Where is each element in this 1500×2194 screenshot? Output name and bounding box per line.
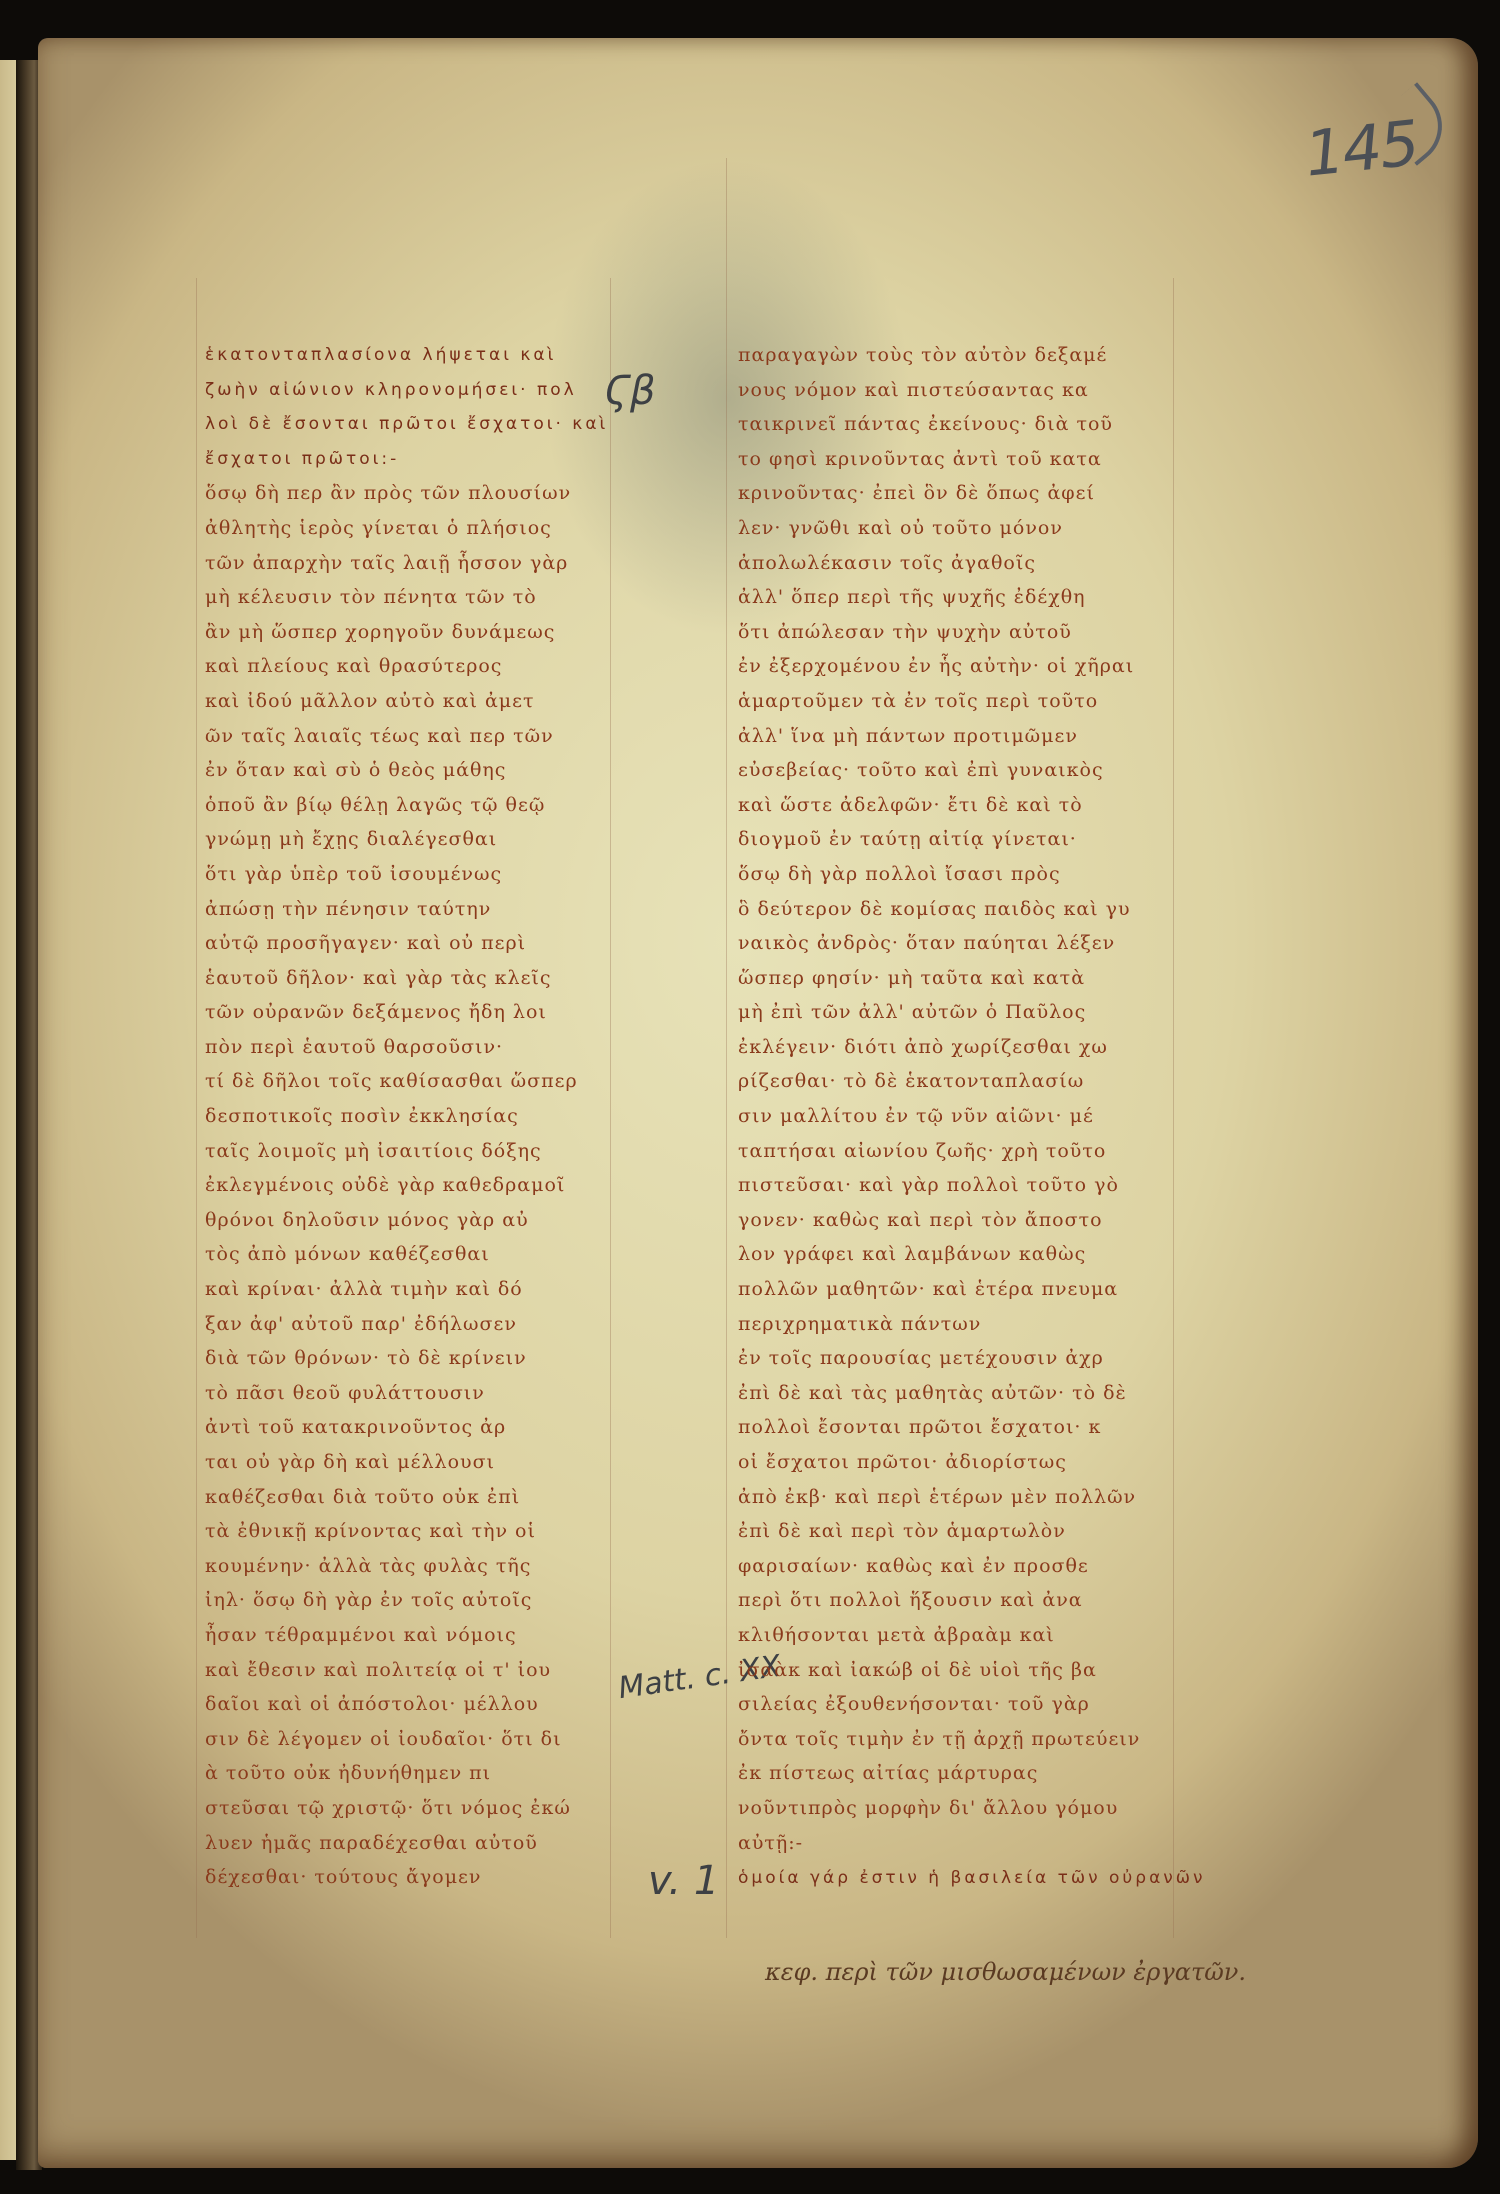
text-line: ἐν ἐξερχομένου ἐν ἧς αὐτὴν· οἱ χῆραι bbox=[738, 649, 1168, 684]
text-line: καὶ ὥστε ἀδελφῶν· ἔτι δὲ καὶ τὸ bbox=[738, 788, 1168, 823]
text-line: σιλείας ἐξουθενήσονται· τοῦ γὰρ bbox=[738, 1687, 1168, 1722]
text-line: ταικρινεῖ πάντας ἐκείνους· διὰ τοῦ bbox=[738, 407, 1168, 442]
text-line: θρόνοι δηλοῦσιν μόνος γὰρ αὐ bbox=[205, 1203, 605, 1238]
text-line: ἀντὶ τοῦ κατακρινοῦντος ἀρ bbox=[205, 1410, 605, 1445]
text-line: ἐκλέγειν· διότι ἀπὸ χωρίζεσθαι χω bbox=[738, 1030, 1168, 1065]
text-line: δαῖοι καὶ οἱ ἀπόστολοι· μέλλου bbox=[205, 1687, 605, 1722]
text-line: μὴ κέλευσιν τὸν πένητα τῶν τὸ bbox=[205, 580, 605, 615]
text-line: ἐπὶ δὲ καὶ τὰς μαθητὰς αὐτῶν· τὸ δὲ bbox=[738, 1376, 1168, 1411]
text-line: ὅσῳ δὴ περ ἂν πρὸς τῶν πλουσίων bbox=[205, 476, 605, 511]
text-line: λον γράφει καὶ λαμβάνων καθὼς bbox=[738, 1237, 1168, 1272]
text-line: ὅτι γὰρ ὑπὲρ τοῦ ἰσουμένως bbox=[205, 857, 605, 892]
text-line: διὰ τῶν θρόνων· τὸ δὲ κρίνειν bbox=[205, 1341, 605, 1376]
ruling-line bbox=[196, 278, 197, 1938]
text-line: γονεν· καθὼς καὶ περὶ τὸν ἄποστο bbox=[738, 1203, 1168, 1238]
text-line: ἐν τοῖς παρουσίας μετέχουσιν ἀχρ bbox=[738, 1341, 1168, 1376]
text-line: ἰσαὰκ καὶ ἰακώβ οἱ δὲ υἱοὶ τῆς βα bbox=[738, 1653, 1168, 1688]
text-line: κουμένην· ἀλλὰ τὰς φυλὰς τῆς bbox=[205, 1549, 605, 1584]
text-line: ναικὸς ἀνδρὸς· ὅταν παύηται λέξεν bbox=[738, 926, 1168, 961]
text-line: δέχεσθαι· τούτους ἄγομεν bbox=[205, 1860, 605, 1895]
text-line: αὐτῷ προσῆγαγεν· καὶ οὐ περὶ bbox=[205, 926, 605, 961]
text-line: ἐν ὅταν καὶ σὺ ὁ θεὸς μάθης bbox=[205, 753, 605, 788]
text-line: περὶ ὅτι πολλοὶ ἥξουσιν καὶ ἀνα bbox=[738, 1583, 1168, 1618]
text-line: ὄντα τοῖς τιμὴν ἐν τῇ ἀρχῇ πρωτεύειν bbox=[738, 1722, 1168, 1757]
text-line: ἀπώσῃ τὴν πένησιν ταύτην bbox=[205, 892, 605, 927]
text-line: δεσποτικοῖς ποσὶν ἐκκλησίας bbox=[205, 1099, 605, 1134]
lemma-line: λοὶ δὲ ἔσονται πρῶτοι ἔσχατοι· καὶ bbox=[205, 407, 605, 442]
text-line: ὅσῳ δὴ γὰρ πολλοὶ ἴσασι πρὸς bbox=[738, 857, 1168, 892]
text-line: τῶν οὐρανῶν δεξάμενος ἤδη λοι bbox=[205, 995, 605, 1030]
text-line: ἐκλεγμένοις οὐδὲ γὰρ καθεδραμοῖ bbox=[205, 1168, 605, 1203]
text-line: στεῦσαι τῷ χριστῷ· ὅτι νόμος ἐκώ bbox=[205, 1791, 605, 1826]
colophon: κεφ. περὶ τῶν μισθωσαμένων ἐργατῶν. bbox=[765, 1958, 1246, 1986]
text-line: πολλῶν μαθητῶν· καὶ ἑτέρα πνευμα bbox=[738, 1272, 1168, 1307]
lemma-line: ἔσχατοι πρῶτοι:- bbox=[205, 442, 605, 477]
text-line: τὸ πᾶσι θεοῦ φυλάττουσιν bbox=[205, 1376, 605, 1411]
text-line: ὁποῦ ἂν βίῳ θέλῃ λαγῶς τῷ θεῷ bbox=[205, 788, 605, 823]
text-line: γνώμῃ μὴ ἔχῃς διαλέγεσθαι bbox=[205, 822, 605, 857]
text-line: εὐσεβείας· τοῦτο καὶ ἐπὶ γυναικὸς bbox=[738, 753, 1168, 788]
lemma-line: ἑκατονταπλασίονα λήψεται καὶ bbox=[205, 338, 605, 373]
text-line: πὸν περὶ ἑαυτοῦ θαρσοῦσιν· bbox=[205, 1030, 605, 1065]
text-line: οἱ ἔσχατοι πρῶτοι· ἀδιορίστως bbox=[738, 1445, 1168, 1480]
text-line: πιστεῦσαι· καὶ γὰρ πολλοὶ τοῦτο γὸ bbox=[738, 1168, 1168, 1203]
text-line: λεν· γνῶθι καὶ οὐ τοῦτο μόνον bbox=[738, 511, 1168, 546]
text-line: ῶν ταῖς λαιαῖς τέως καὶ περ τῶν bbox=[205, 719, 605, 754]
text-line: ρίζεσθαι· τὸ δὲ ἑκατονταπλασίω bbox=[738, 1064, 1168, 1099]
right-column: παραγαγὼν τοὺς τὸν αὐτὸν δεξαμένους νόμο… bbox=[738, 338, 1168, 1860]
text-line: καὶ ἔθεσιν καὶ πολιτείᾳ οἱ τ' ἰου bbox=[205, 1653, 605, 1688]
text-line: ἀπὸ ἐκβ· καὶ περὶ ἑτέρων μὲν πολλῶν bbox=[738, 1480, 1168, 1515]
text-line: καὶ ἰδού μᾶλλον αὐτὸ καὶ ἀμετ bbox=[205, 684, 605, 719]
text-line: διογμοῦ ἐν ταύτῃ αἰτίᾳ γίνεται· bbox=[738, 822, 1168, 857]
text-line: κρινοῦντας· ἐπεὶ ὃν δὲ ὅπως ἀφεί bbox=[738, 476, 1168, 511]
text-line: πολλοὶ ἔσονται πρῶτοι ἔσχατοι· κ bbox=[738, 1410, 1168, 1445]
text-line: τὸς ἀπὸ μόνων καθέζεσθαι bbox=[205, 1237, 605, 1272]
text-line: ὥσπερ φησίν· μὴ ταῦτα καὶ κατὰ bbox=[738, 961, 1168, 996]
text-line: το φησὶ κρινοῦντας ἀντὶ τοῦ κατα bbox=[738, 442, 1168, 477]
text-line: τῶν ἀπαρχὴν ταῖς λαιῇ ἧσσον γὰρ bbox=[205, 546, 605, 581]
text-line: σιν μαλλίτου ἐν τῷ νῦν αἰῶνι· μέ bbox=[738, 1099, 1168, 1134]
text-line: κλιθήσονται μετὰ ἀβραὰμ καὶ bbox=[738, 1618, 1168, 1653]
text-line: καθέζεσθαι διὰ τοῦτο οὐκ ἐπὶ bbox=[205, 1480, 605, 1515]
text-line: παραγαγὼν τοὺς τὸν αὐτὸν δεξαμέ bbox=[738, 338, 1168, 373]
text-line: ἰηλ· ὅσῳ δὴ γὰρ ἐν τοῖς αὐτοῖς bbox=[205, 1583, 605, 1618]
text-line: σιν δὲ λέγομεν οἱ ἰουδαῖοι· ὅτι δι bbox=[205, 1722, 605, 1757]
text-line: ταπτήσαι αἰωνίου ζωῆς· χρὴ τοῦτο bbox=[738, 1134, 1168, 1169]
text-line: τί δὲ δῆλοι τοῖς καθίσασθαι ὥσπερ bbox=[205, 1064, 605, 1099]
text-line: ὃ δεύτερον δὲ κομίσας παιδὸς καὶ γυ bbox=[738, 892, 1168, 927]
text-line: νους νόμον καὶ πιστεύσαντας κα bbox=[738, 373, 1168, 408]
text-line: ἀθλητὴς ἱερὸς γίνεται ὁ πλήσιος bbox=[205, 511, 605, 546]
text-line: ται οὐ γὰρ δὴ καὶ μέλλουσι bbox=[205, 1445, 605, 1480]
text-line: καὶ κρίναι· ἀλλὰ τιμὴν καὶ δό bbox=[205, 1272, 605, 1307]
text-line: ἐκ πίστεως αἰτίας μάρτυρας bbox=[738, 1756, 1168, 1791]
text-line: λυεν ἡμᾶς παραδέχεσθαι αὐτοῦ bbox=[205, 1826, 605, 1861]
ruling-line bbox=[610, 278, 611, 1938]
text-line: νοῦντιπρὸς μορφὴν δι' ἄλλου γόμου bbox=[738, 1791, 1168, 1826]
text-line: ξαν ἀφ' αὐτοῦ παρ' ἐδήλωσεν bbox=[205, 1307, 605, 1342]
section-number-marginal: Ϛβ bbox=[604, 368, 655, 414]
lemma-line: ζωὴν αἰώνιον κληρονομήσει· πολ bbox=[205, 373, 605, 408]
text-line: ἀλλ' ἵνα μὴ πάντων προτιμῶμεν bbox=[738, 719, 1168, 754]
text-line: ὅτι ἀπώλεσαν τὴν ψυχὴν αὐτοῦ bbox=[738, 615, 1168, 650]
text-line: ὰ τοῦτο οὐκ ἠδυνήθημεν πι bbox=[205, 1756, 605, 1791]
text-line: ἁμαρτοῦμεν τὰ ἐν τοῖς περὶ τοῦτο bbox=[738, 684, 1168, 719]
text-line: ταῖς λοιμοῖς μὴ ἰσαιτίοις δόξης bbox=[205, 1134, 605, 1169]
text-line: ἦσαν τέθραμμένοι καὶ νόμοις bbox=[205, 1618, 605, 1653]
text-line: ἀπολωλέκασιν τοῖς ἀγαθοῖς bbox=[738, 546, 1168, 581]
text-line: ἀλλ' ὅπερ περὶ τῆς ψυχῆς ἐδέχθη bbox=[738, 580, 1168, 615]
text-line: ἂν μὴ ὥσπερ χορηγοῦν δυνάμεως bbox=[205, 615, 605, 650]
closing-lemma: ὁμοία γάρ ἐστιν ἡ βασιλεία τῶν οὐρανῶν bbox=[738, 1868, 1206, 1888]
text-line: τὰ ἐθνικῇ κρίνοντας καὶ τὴν οἱ bbox=[205, 1514, 605, 1549]
text-line: αὐτῇ:- bbox=[738, 1826, 1168, 1861]
text-line: φαρισαίων· καθὼς καὶ ἐν προσθε bbox=[738, 1549, 1168, 1584]
left-column: ἑκατονταπλασίονα λήψεται καὶζωὴν αἰώνιον… bbox=[205, 338, 605, 1895]
text-line: μὴ ἐπὶ τῶν ἀλλ' αὐτῶν ὁ Παῦλος bbox=[738, 995, 1168, 1030]
text-line: ἐπὶ δὲ καὶ περὶ τὸν ἁμαρτωλὸν bbox=[738, 1514, 1168, 1549]
text-line: καὶ πλείους καὶ θρασύτερος bbox=[205, 649, 605, 684]
text-line: ἑαυτοῦ δῆλον· καὶ γὰρ τὰς κλεῖς bbox=[205, 961, 605, 996]
ruling-line bbox=[1173, 278, 1174, 1938]
verse-reference-marginal: v. 1 bbox=[648, 1858, 719, 1904]
text-line: περιχρηματικὰ πάντων bbox=[738, 1307, 1168, 1342]
